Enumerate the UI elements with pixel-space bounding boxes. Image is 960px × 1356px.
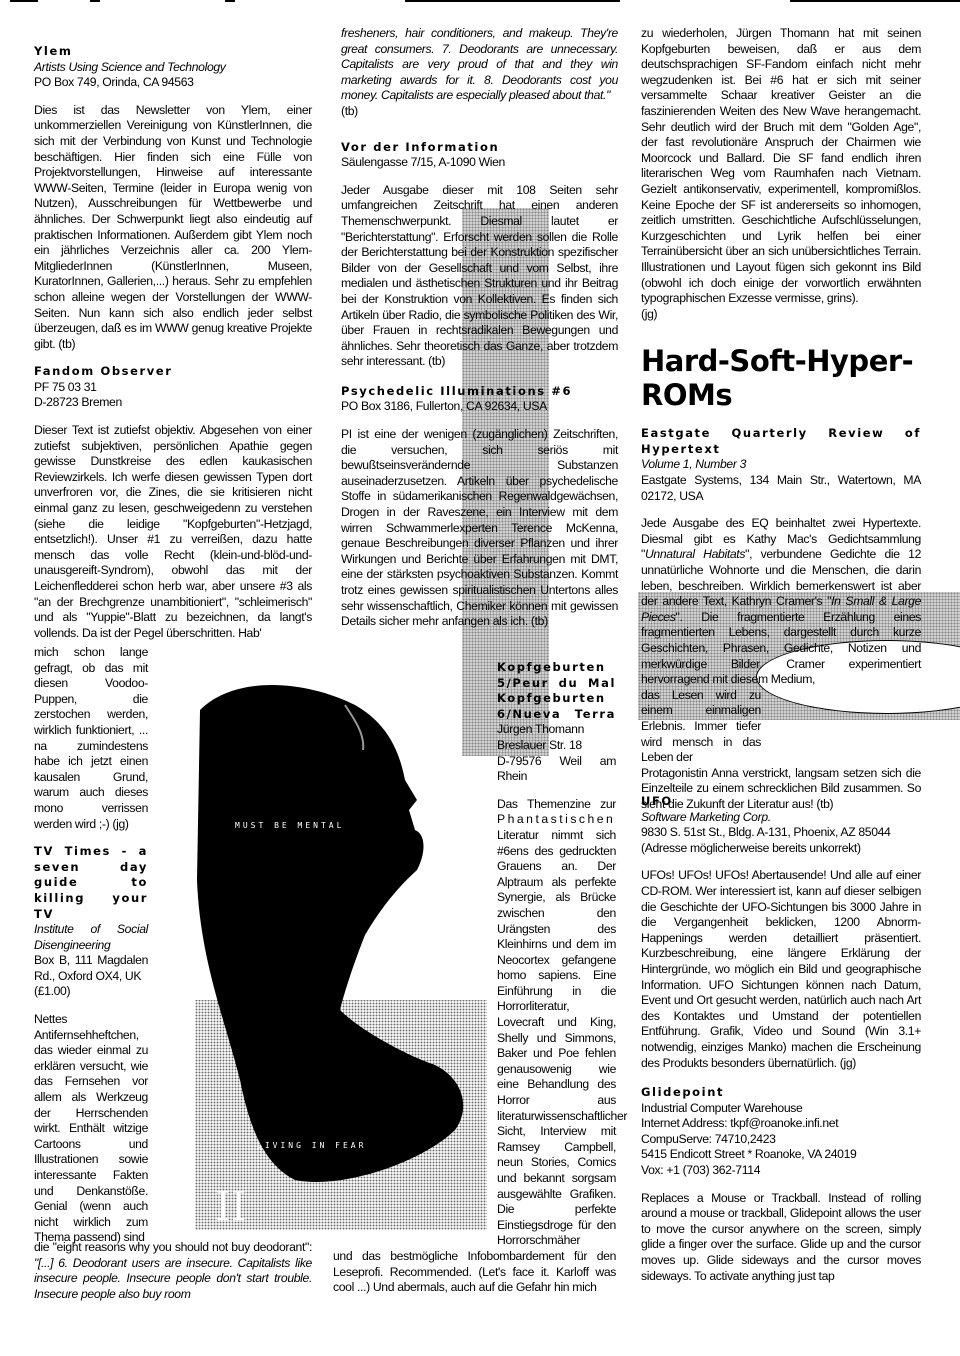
review-body: Jeder Ausgabe dieser mit 108 Seiten sehr… (341, 183, 618, 370)
review-address: PO Box 749, Orinda, CA 94563 (34, 75, 312, 91)
review-title: Ylem (34, 44, 312, 60)
review-title: TV Times - a seven day guide to killing … (34, 844, 148, 922)
review-glidepoint: Glidepoint Industrial Computer Warehouse… (641, 1085, 921, 1284)
review-title: Psychedelic Illuminations #6 (341, 384, 618, 400)
review-body-c: ". Die fragmentierte Erzählung eines fra… (641, 610, 921, 686)
review-note: (Adresse möglicherweise bereits unkorrek… (641, 841, 921, 857)
photo-caption-bottom: LIVING IN FEAR (257, 1141, 366, 1150)
column-left-narrow: mich schon lange gefragt, ob das mit die… (34, 645, 148, 1246)
review-tv-times: TV Times - a seven day guide to killing … (34, 844, 148, 1246)
review-body-b: Literatur nimmt sich #6ens des gedruckte… (497, 828, 627, 1247)
review-phone: Vox: +1 (703) 362-7114 (641, 1163, 921, 1179)
review-body-continued: zu wiederholen, Jürgen Thomann hat mit s… (641, 26, 921, 307)
review-body-spaced: Phantastischen (497, 812, 615, 826)
review-title-line2: Kopfgeburten 6/Nueva Terra (497, 691, 616, 722)
review-body-a: Das Themenzine zur (497, 797, 616, 811)
review-volume: Volume 1, Number 3 (641, 457, 921, 473)
review-psychedelic-illuminations: Psychedelic Illuminations #6 PO Box 3186… (341, 384, 618, 630)
review-quote-italic: "[...] 6. Deodorant users are insecure. … (34, 1256, 312, 1301)
review-fandom-observer: Fandom Observer PF 75 03 31 D-28723 Brem… (34, 364, 312, 641)
column-middle: fresheners, hair conditioners, and makeu… (341, 26, 618, 630)
review-address: 9830 S. 51st St., Bldg. A-131, Phoenix, … (641, 825, 921, 841)
review-compuserve: CompuServe: 74710,2423 (641, 1132, 921, 1148)
review-quote-continued: fresheners, hair conditioners, and makeu… (341, 26, 618, 104)
column-right-lower: UFO Software Marketing Corp. 9830 S. 51s… (641, 794, 921, 1284)
review-ylem: Ylem Artists Using Science and Technolog… (34, 44, 312, 352)
review-address: Eastgate Systems, 134 Main Str., Waterto… (641, 473, 921, 504)
review-city: D-79576 Weil am Rhein (497, 754, 616, 785)
review-street: Breslauer Str. 18 (497, 738, 616, 754)
review-kopfgeburten: Kopfgeburten 5/Peur du Mal Kopfgeburten … (497, 660, 616, 1249)
review-subtitle: Software Marketing Corp. (641, 810, 921, 826)
review-price: (£1.00) (34, 984, 148, 1000)
review-body: Nettes Antifernsehheftchen, das wieder e… (34, 1012, 148, 1246)
review-body: UFOs! UFOs! UFOs! Abertausende! Und alle… (641, 868, 921, 1071)
column-middle-bottom: und das bestmögliche Infobombardement fü… (333, 1249, 616, 1296)
review-eastgate: Eastgate Quarterly Review of Hypertext V… (641, 426, 921, 812)
review-title: Glidepoint (641, 1085, 921, 1101)
review-street: 5415 Endicott Street * Roanoke, VA 24019 (641, 1147, 921, 1163)
review-body-continued: mich schon lange gefragt, ob das mit die… (34, 645, 148, 832)
review-ufo: UFO Software Marketing Corp. 9830 S. 51s… (641, 794, 921, 1071)
scan-edge-artifact (0, 0, 960, 4)
review-vor-der-information: Vor der Information Säulengasse 7/15, A-… (341, 140, 618, 370)
review-address: PO Box 3186, Fullerton, CA 92634, USA (341, 399, 618, 415)
review-title: Vor der Information (341, 140, 618, 156)
review-subtitle: Institute of Social Disengineering (34, 922, 148, 953)
review-address-line1: PF 75 03 31 (34, 380, 312, 396)
review-internet-address: Internet Address: tkpf@roanoke.infi.net (641, 1116, 921, 1132)
column-right: zu wiederholen, Jürgen Thomann hat mit s… (641, 26, 921, 813)
section-title: Hard-Soft-Hyper-ROMs (641, 344, 921, 412)
review-body-plain: die "eight reasons why you should not bu… (34, 1240, 312, 1254)
review-title-line1: Kopfgeburten 5/Peur du Mal (497, 660, 616, 691)
review-name: Jürgen Thomann (497, 722, 616, 738)
review-title-italic-1: Unnatural Habitats (645, 547, 745, 561)
head-silhouette-photo: MUST BE MENTAL LIVING IN FEAR II (195, 660, 495, 1240)
review-subtitle: Artists Using Science and Technology (34, 60, 312, 76)
review-signature: (jg) (641, 307, 921, 323)
review-address: Säulengasse 7/15, A-1090 Wien (341, 155, 618, 171)
review-title: UFO (641, 794, 921, 810)
photo-caption-top: MUST BE MENTAL (235, 821, 344, 830)
review-signature: (tb) (341, 104, 618, 120)
column-left-bottom: die "eight reasons why you should not bu… (34, 1240, 312, 1302)
review-company: Industrial Computer Warehouse (641, 1101, 921, 1117)
review-title: Fandom Observer (34, 364, 312, 380)
photo-glyph: II (215, 1184, 247, 1230)
review-address: Box B, 111 Magdalen Rd., Oxford OX4, UK (34, 953, 148, 984)
review-body: Replaces a Mouse or Trackball. Instead o… (641, 1191, 921, 1285)
review-body-narrow: das Lesen wird zu einem einmaligen Erleb… (641, 688, 761, 766)
column-middle-narrow: Kopfgeburten 5/Peur du Mal Kopfgeburten … (497, 660, 616, 1249)
review-address-line2: D-28723 Bremen (34, 395, 312, 411)
column-left: Ylem Artists Using Science and Technolog… (34, 44, 312, 641)
review-body: PI ist eine der wenigen (zugänglichen) Z… (341, 427, 618, 630)
review-body: Dieser Text ist zutiefst objektiv. Abges… (34, 423, 312, 641)
review-body-continued: und das bestmögliche Infobombardement fü… (333, 1249, 616, 1296)
review-body: Dies ist das Newsletter von Ylem, einer … (34, 103, 312, 353)
review-title: Eastgate Quarterly Review of Hypertext (641, 426, 921, 457)
